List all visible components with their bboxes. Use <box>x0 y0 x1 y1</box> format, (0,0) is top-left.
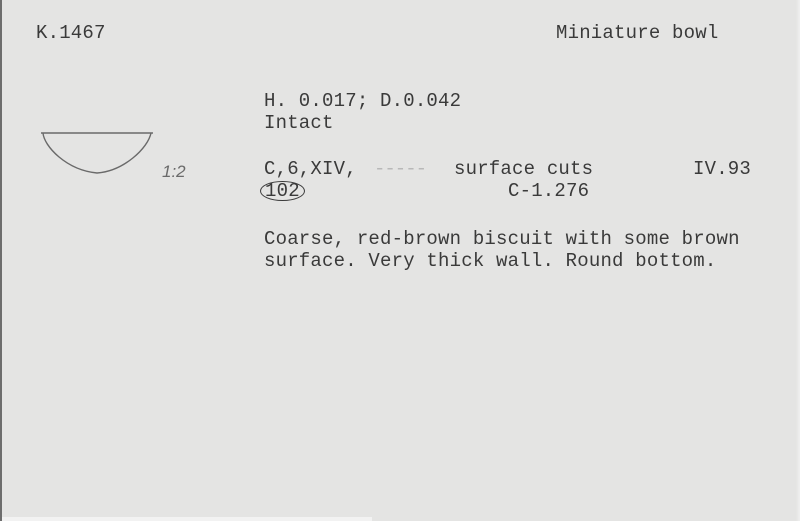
catalog-card: K.1467 Miniature bowl 1:2 H. 0.017; D.0.… <box>0 0 800 521</box>
object-title: Miniature bowl <box>556 22 718 44</box>
bowl-profile-drawing <box>36 128 156 184</box>
circled-number-value: 102 <box>260 181 305 201</box>
find-context: C,6,XIV, <box>264 158 357 180</box>
circled-number: 102 <box>260 180 305 202</box>
surface-note: surface cuts <box>454 158 593 180</box>
dimensions: H. 0.017; D.0.042 <box>264 90 461 112</box>
drawing-scale: 1:2 <box>162 162 186 182</box>
catalog-number: K.1467 <box>36 22 106 44</box>
description: Coarse, red-brown biscuit with some brow… <box>264 228 764 272</box>
date: IV.93 <box>693 158 751 180</box>
erased-text: ----- <box>374 158 426 180</box>
reference-number: C-1.276 <box>508 180 589 202</box>
condition: Intact <box>264 112 334 134</box>
